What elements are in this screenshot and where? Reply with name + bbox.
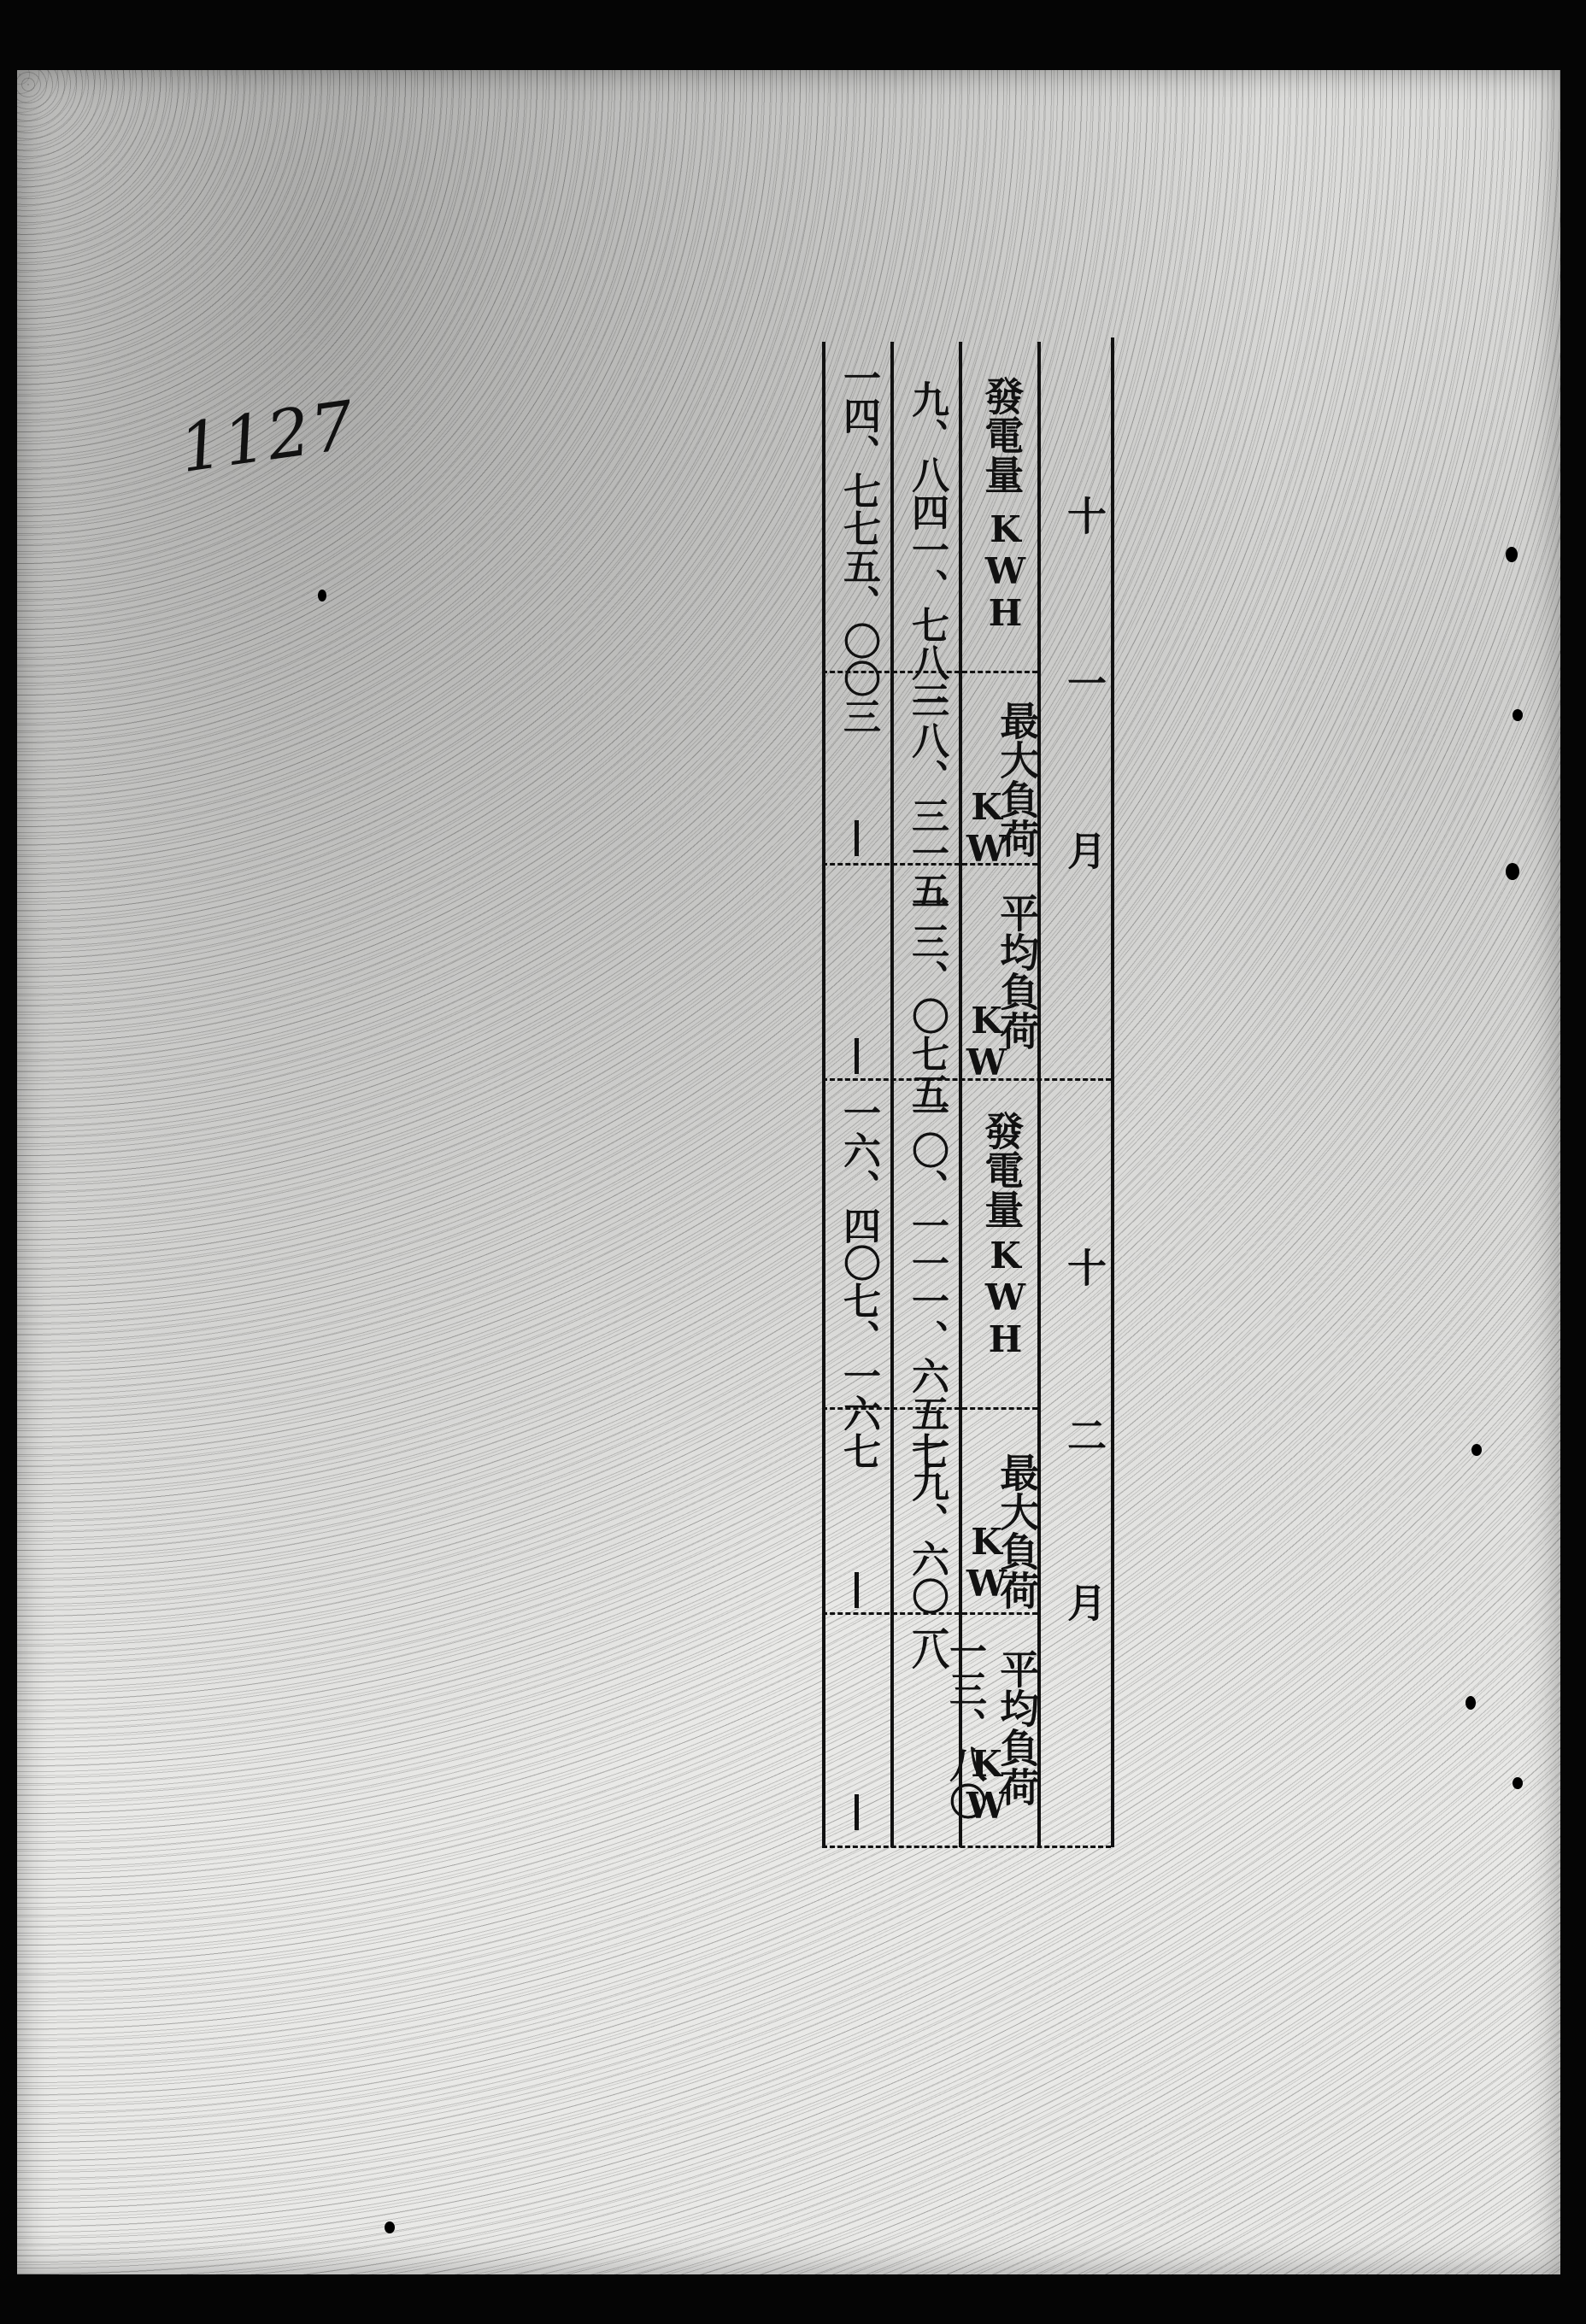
ink-speck — [1466, 1696, 1476, 1710]
unit-kw: KW — [966, 1521, 1007, 1605]
unit-kw: KW — [966, 1000, 1007, 1083]
ink-speck — [1513, 709, 1523, 721]
nov-generation-value-1: 九、八四一、七八三 — [908, 380, 945, 719]
ink-speck — [1506, 863, 1519, 880]
unit-kwh: KWH — [984, 508, 1026, 634]
label-generation: 發電量 — [981, 1111, 1022, 1229]
table-rule — [890, 342, 894, 1847]
nov-max-load-value-2-dash — [855, 820, 859, 856]
ink-speck — [385, 2221, 395, 2233]
nov-max-load-value-1: 一八、三一五 — [908, 684, 945, 909]
ink-speck — [318, 590, 326, 602]
unit-kwh: KWH — [984, 1235, 1026, 1360]
power-generation-table: 十一月 十二月 發電量 KWH 最大負荷 KW 平均負荷 KW 九、八四一、七八… — [822, 342, 1123, 1847]
nov-avg-load-value-2-dash — [855, 1038, 859, 1074]
table-rule — [959, 342, 962, 1847]
dec-max-load-value-2-dash — [855, 1572, 859, 1608]
unit-kw: KW — [966, 786, 1007, 870]
ink-speck — [1506, 547, 1518, 562]
dec-avg-load-value-1: 一三、八〇八 — [908, 1632, 983, 1847]
nov-generation-value-2: 一四、七七五、〇〇三 — [839, 359, 877, 735]
document-page: 1127 — [17, 70, 1560, 2274]
ink-speck — [1513, 1777, 1523, 1789]
month-header-december: 十二月 — [1056, 1247, 1113, 1750]
dec-generation-value-1: 一〇、一一一、六五七 — [908, 1094, 945, 1470]
table-rule — [1037, 342, 1041, 1847]
month-header-november: 十一月 — [1056, 496, 1113, 998]
dec-generation-value-2: 一六、四〇七、一六七 — [839, 1094, 877, 1470]
ink-speck — [1471, 1444, 1482, 1456]
handwritten-page-number: 1127 — [175, 387, 361, 488]
nov-avg-load-value-1: 一三、〇七五 — [908, 884, 945, 1110]
dec-max-load-value-1: 一九、六〇一 — [908, 1427, 945, 1652]
label-generation: 發電量 — [981, 376, 1022, 494]
table-rule — [822, 342, 825, 1847]
dec-avg-load-value-2-dash — [855, 1794, 859, 1830]
